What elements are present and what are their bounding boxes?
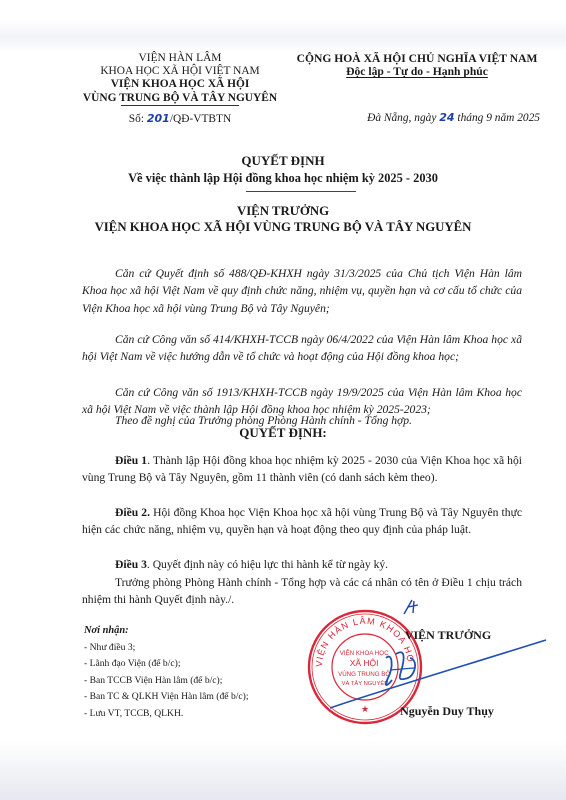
article-3-text: Quyết định này có hiệu lực thi hành kể t… bbox=[153, 558, 388, 571]
document-subject: Về việc thành lập Hội đồng khoa học nhiệ… bbox=[0, 171, 566, 186]
article-2: Điều 2. Hội đồng Khoa học Viện Khoa học … bbox=[82, 504, 522, 539]
article-2-label: Điều 2. bbox=[115, 506, 150, 519]
preamble-1: Căn cứ Quyết định số 488/QĐ-KHXH ngày 31… bbox=[82, 265, 522, 317]
article-3: Điều 3. Quyết định này có hiệu lực thi h… bbox=[82, 556, 522, 573]
doc-number-prefix: Số: bbox=[129, 113, 147, 125]
closing-clause: Trưởng phòng Phòng Hành chính - Tổng hợp… bbox=[82, 574, 522, 609]
recipients-block: Nơi nhận: - Như điều 3; - Lãnh đạo Viện … bbox=[84, 623, 324, 723]
article-1-label: Điều 1 bbox=[115, 454, 147, 467]
decision-heading: QUYẾT ĐỊNH: bbox=[0, 425, 566, 441]
doc-number-handwritten: 201 bbox=[147, 112, 170, 125]
national-header: CỘNG HOÀ XÃ HỘI CHỦ NGHĨA VIỆT NAM Độc l… bbox=[286, 52, 548, 78]
article-1: Điều 1. Thành lập Hội đồng khoa học nhiệ… bbox=[82, 452, 522, 487]
scan-shade-bottom bbox=[0, 740, 566, 800]
recipient-item: - Như điều 3; bbox=[84, 640, 324, 657]
scan-shade-top bbox=[0, 18, 566, 52]
recipients-heading: Nơi nhận: bbox=[84, 623, 324, 640]
date-day-handwritten: 24 bbox=[439, 111, 454, 124]
national-motto: Độc lập - Tự do - Hạnh phúc bbox=[346, 65, 488, 78]
recipient-item: - Lưu VT, TCCB, QLKH. bbox=[84, 706, 324, 723]
preamble-2: Căn cứ Công văn số 414/KHXH-TCCB ngày 06… bbox=[82, 331, 522, 366]
agency-line-3: VIỆN KHOA HỌC XÃ HỘI bbox=[82, 78, 278, 91]
agency-underline bbox=[121, 105, 239, 106]
authority-organization: VIỆN KHOA HỌC XÃ HỘI VÙNG TRUNG BỘ VÀ TÂ… bbox=[0, 220, 566, 235]
agency-line-4: VÙNG TRUNG BỘ VÀ TÂY NGUYÊN bbox=[82, 92, 278, 105]
date-prefix: Đà Nẵng, ngày bbox=[367, 112, 439, 124]
authority-title: VIỆN TRƯỞNG bbox=[0, 204, 566, 219]
agency-line-1: VIỆN HÀN LÂM bbox=[82, 52, 278, 65]
handwritten-signature-icon bbox=[330, 630, 550, 710]
subject-underline bbox=[246, 191, 356, 192]
article-3-label: Điều 3 bbox=[115, 558, 147, 571]
country-name: CỘNG HOÀ XÃ HỘI CHỦ NGHĨA VIỆT NAM bbox=[286, 52, 548, 65]
issuing-agency-block: VIỆN HÀN LÂM KHOA HỌC XÃ HỘI VIỆT NAM VI… bbox=[82, 52, 278, 106]
document-type-title: QUYẾT ĐỊNH bbox=[0, 153, 566, 169]
recipient-item: - Lãnh đạo Viện (để b/c); bbox=[84, 656, 324, 673]
agency-line-2: KHOA HỌC XÃ HỘI VIỆT NAM bbox=[82, 65, 278, 78]
recipient-item: - Ban TCCB Viện Hàn lâm (để b/c); bbox=[84, 673, 324, 690]
document-number: Số: 201/QĐ-VTBTN bbox=[82, 112, 278, 125]
date-suffix: tháng 9 năm 2025 bbox=[455, 112, 540, 124]
issue-date: Đà Nẵng, ngày 24 tháng 9 năm 2025 bbox=[300, 111, 540, 124]
recipient-item: - Ban TC & QLKH Viện Hàn lâm (để b/c); bbox=[84, 689, 324, 706]
signer-name: Nguyễn Duy Thụy bbox=[372, 704, 522, 719]
doc-number-suffix: /QĐ-VTBTN bbox=[170, 113, 231, 125]
